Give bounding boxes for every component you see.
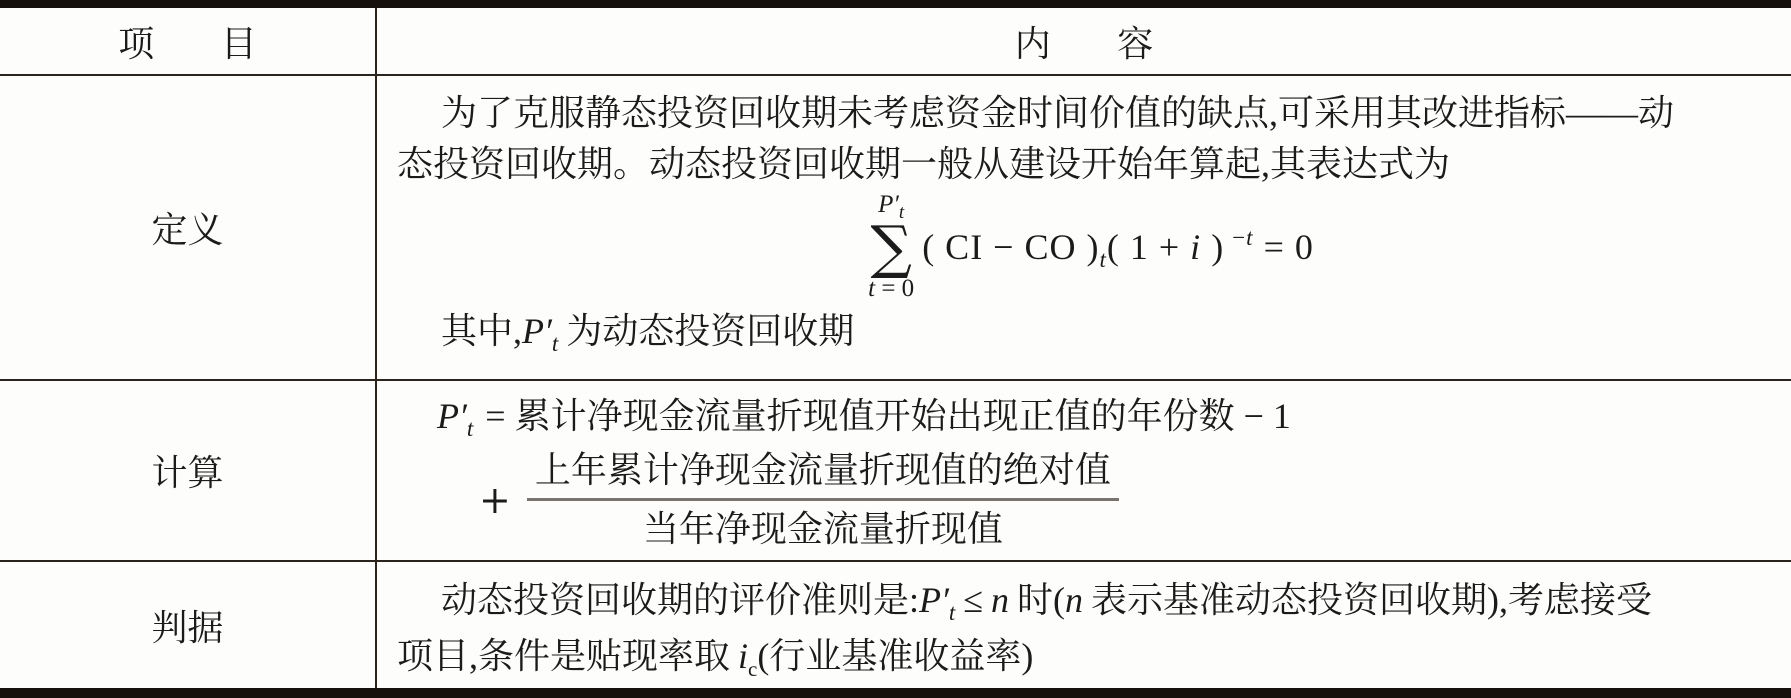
note-var-sub: t (552, 331, 558, 356)
sigma-symbol: ∑ (870, 218, 911, 276)
table-header-row: 项 目 内 容 (0, 8, 1791, 74)
sum-formula: P′t ∑ t = 0 ( CI − CO )t( 1 + i )−t= 0 (407, 192, 1775, 302)
criterion-line2-prefix: 项目,条件是贴现率取 (397, 636, 730, 676)
criterion-text-line-2: 项目,条件是贴现率取ic(行业基准收益率) (397, 628, 1765, 684)
discount-rate-sub: c (748, 657, 757, 681)
criterion-mid-2: 表示基准动态投资回收期),考虑接受 (1091, 580, 1652, 620)
definition-row: 定义 为了克服静态投资回收期未考虑资金时间价值的缺点,可采用其改进指标——动 态… (0, 74, 1791, 379)
discount-rate-var: i (738, 636, 748, 676)
criterion-line2-suffix: (行业基准收益率) (757, 636, 1033, 676)
header-content-label: 内 容 (1015, 16, 1154, 67)
formula-term1: ( CI − CO ) (922, 227, 1099, 267)
definition-note-line: 其中,P′t为动态投资回收期 (397, 306, 1765, 357)
calculation-equation-line: P′t= 累计净现金流量折现值开始出现正值的年份数 − 1 (437, 393, 1765, 439)
criterion-var-sub: t (949, 600, 955, 625)
formula-term2b: ) (1201, 227, 1224, 267)
calculation-row: 计算 P′t= 累计净现金流量折现值开始出现正值的年份数 − 1 + 上年累计净… (0, 379, 1791, 560)
summation-symbol-group: P′t ∑ t = 0 (868, 192, 914, 302)
formula-exponent: −t (1232, 225, 1253, 250)
plus-sign: + (479, 478, 511, 522)
criterion-prefix: 动态投资回收期的评价准则是: (441, 580, 919, 620)
sum-lower-rest: = 0 (875, 275, 914, 302)
criterion-n-var-2: n (1065, 580, 1083, 620)
criterion-var: P′ (919, 580, 949, 620)
formula-term2a: ( 1 + (1107, 227, 1190, 267)
definition-label: 定义 (151, 202, 223, 253)
calc-equation-text: = 累计净现金流量折现值开始出现正值的年份数 − 1 (485, 396, 1291, 436)
fraction-numerator: 上年累计净现金流量折现值的绝对值 (527, 447, 1119, 501)
formula-term1-sub: t (1099, 247, 1106, 272)
sum-lower-limit: t = 0 (868, 276, 914, 302)
criterion-row: 判据 动态投资回收期的评价准则是:P′t≤n时(n表示基准动态投资回收期),考虑… (0, 560, 1791, 688)
calculation-label: 计算 (151, 445, 223, 496)
formula-equals-zero: = 0 (1264, 227, 1314, 267)
definition-text-line-1: 为了克服静态投资回收期未考虑资金时间价值的缺点,可采用其改进指标——动 (397, 88, 1765, 139)
fraction: 上年累计净现金流量折现值的绝对值 当年净现金流量折现值 (527, 447, 1119, 552)
formula-body: ( CI − CO )t( 1 + i )−t= 0 (922, 226, 1314, 268)
criterion-label: 判据 (151, 600, 223, 651)
calc-var: P′ (437, 396, 467, 436)
calculation-content-cell: P′t= 累计净现金流量折现值开始出现正值的年份数 − 1 + 上年累计净现金流… (377, 381, 1791, 560)
leq-sign: ≤ (963, 580, 983, 620)
note-prefix: 其中, (441, 311, 522, 351)
criterion-mid-1: 时( (1017, 580, 1065, 620)
criterion-content-cell: 动态投资回收期的评价准则是:P′t≤n时(n表示基准动态投资回收期),考虑接受 … (377, 562, 1791, 688)
textbook-table-page: 项 目 内 容 定义 为了克服静态投资回收期未考虑资金时间价值的缺点,可采用其改… (0, 0, 1791, 698)
note-suffix: 为动态投资回收期 (566, 311, 854, 351)
fraction-denominator: 当年净现金流量折现值 (527, 501, 1119, 552)
definition-text-line-2: 态投资回收期。动态投资回收期一般从建设开始年算起,其表达式为 (397, 139, 1765, 190)
header-item-cell: 项 目 (0, 8, 377, 74)
note-var: P′ (522, 311, 552, 351)
criterion-text-line-1: 动态投资回收期的评价准则是:P′t≤n时(n表示基准动态投资回收期),考虑接受 (397, 572, 1765, 628)
exponent-var: t (1246, 225, 1253, 250)
header-content-cell: 内 容 (377, 8, 1791, 74)
definition-label-cell: 定义 (0, 76, 377, 379)
calculation-fraction-line: + 上年累计净现金流量折现值的绝对值 当年净现金流量折现值 (479, 447, 1765, 552)
formula-term2-i: i (1190, 227, 1201, 267)
header-item-label: 项 目 (118, 16, 257, 67)
definition-content-cell: 为了克服静态投资回收期未考虑资金时间价值的缺点,可采用其改进指标——动 态投资回… (377, 76, 1791, 379)
calc-var-sub: t (467, 416, 473, 441)
exponent-minus: − (1232, 225, 1246, 250)
calculation-label-cell: 计算 (0, 381, 377, 560)
criterion-label-cell: 判据 (0, 562, 377, 688)
criterion-n-var: n (991, 580, 1009, 620)
